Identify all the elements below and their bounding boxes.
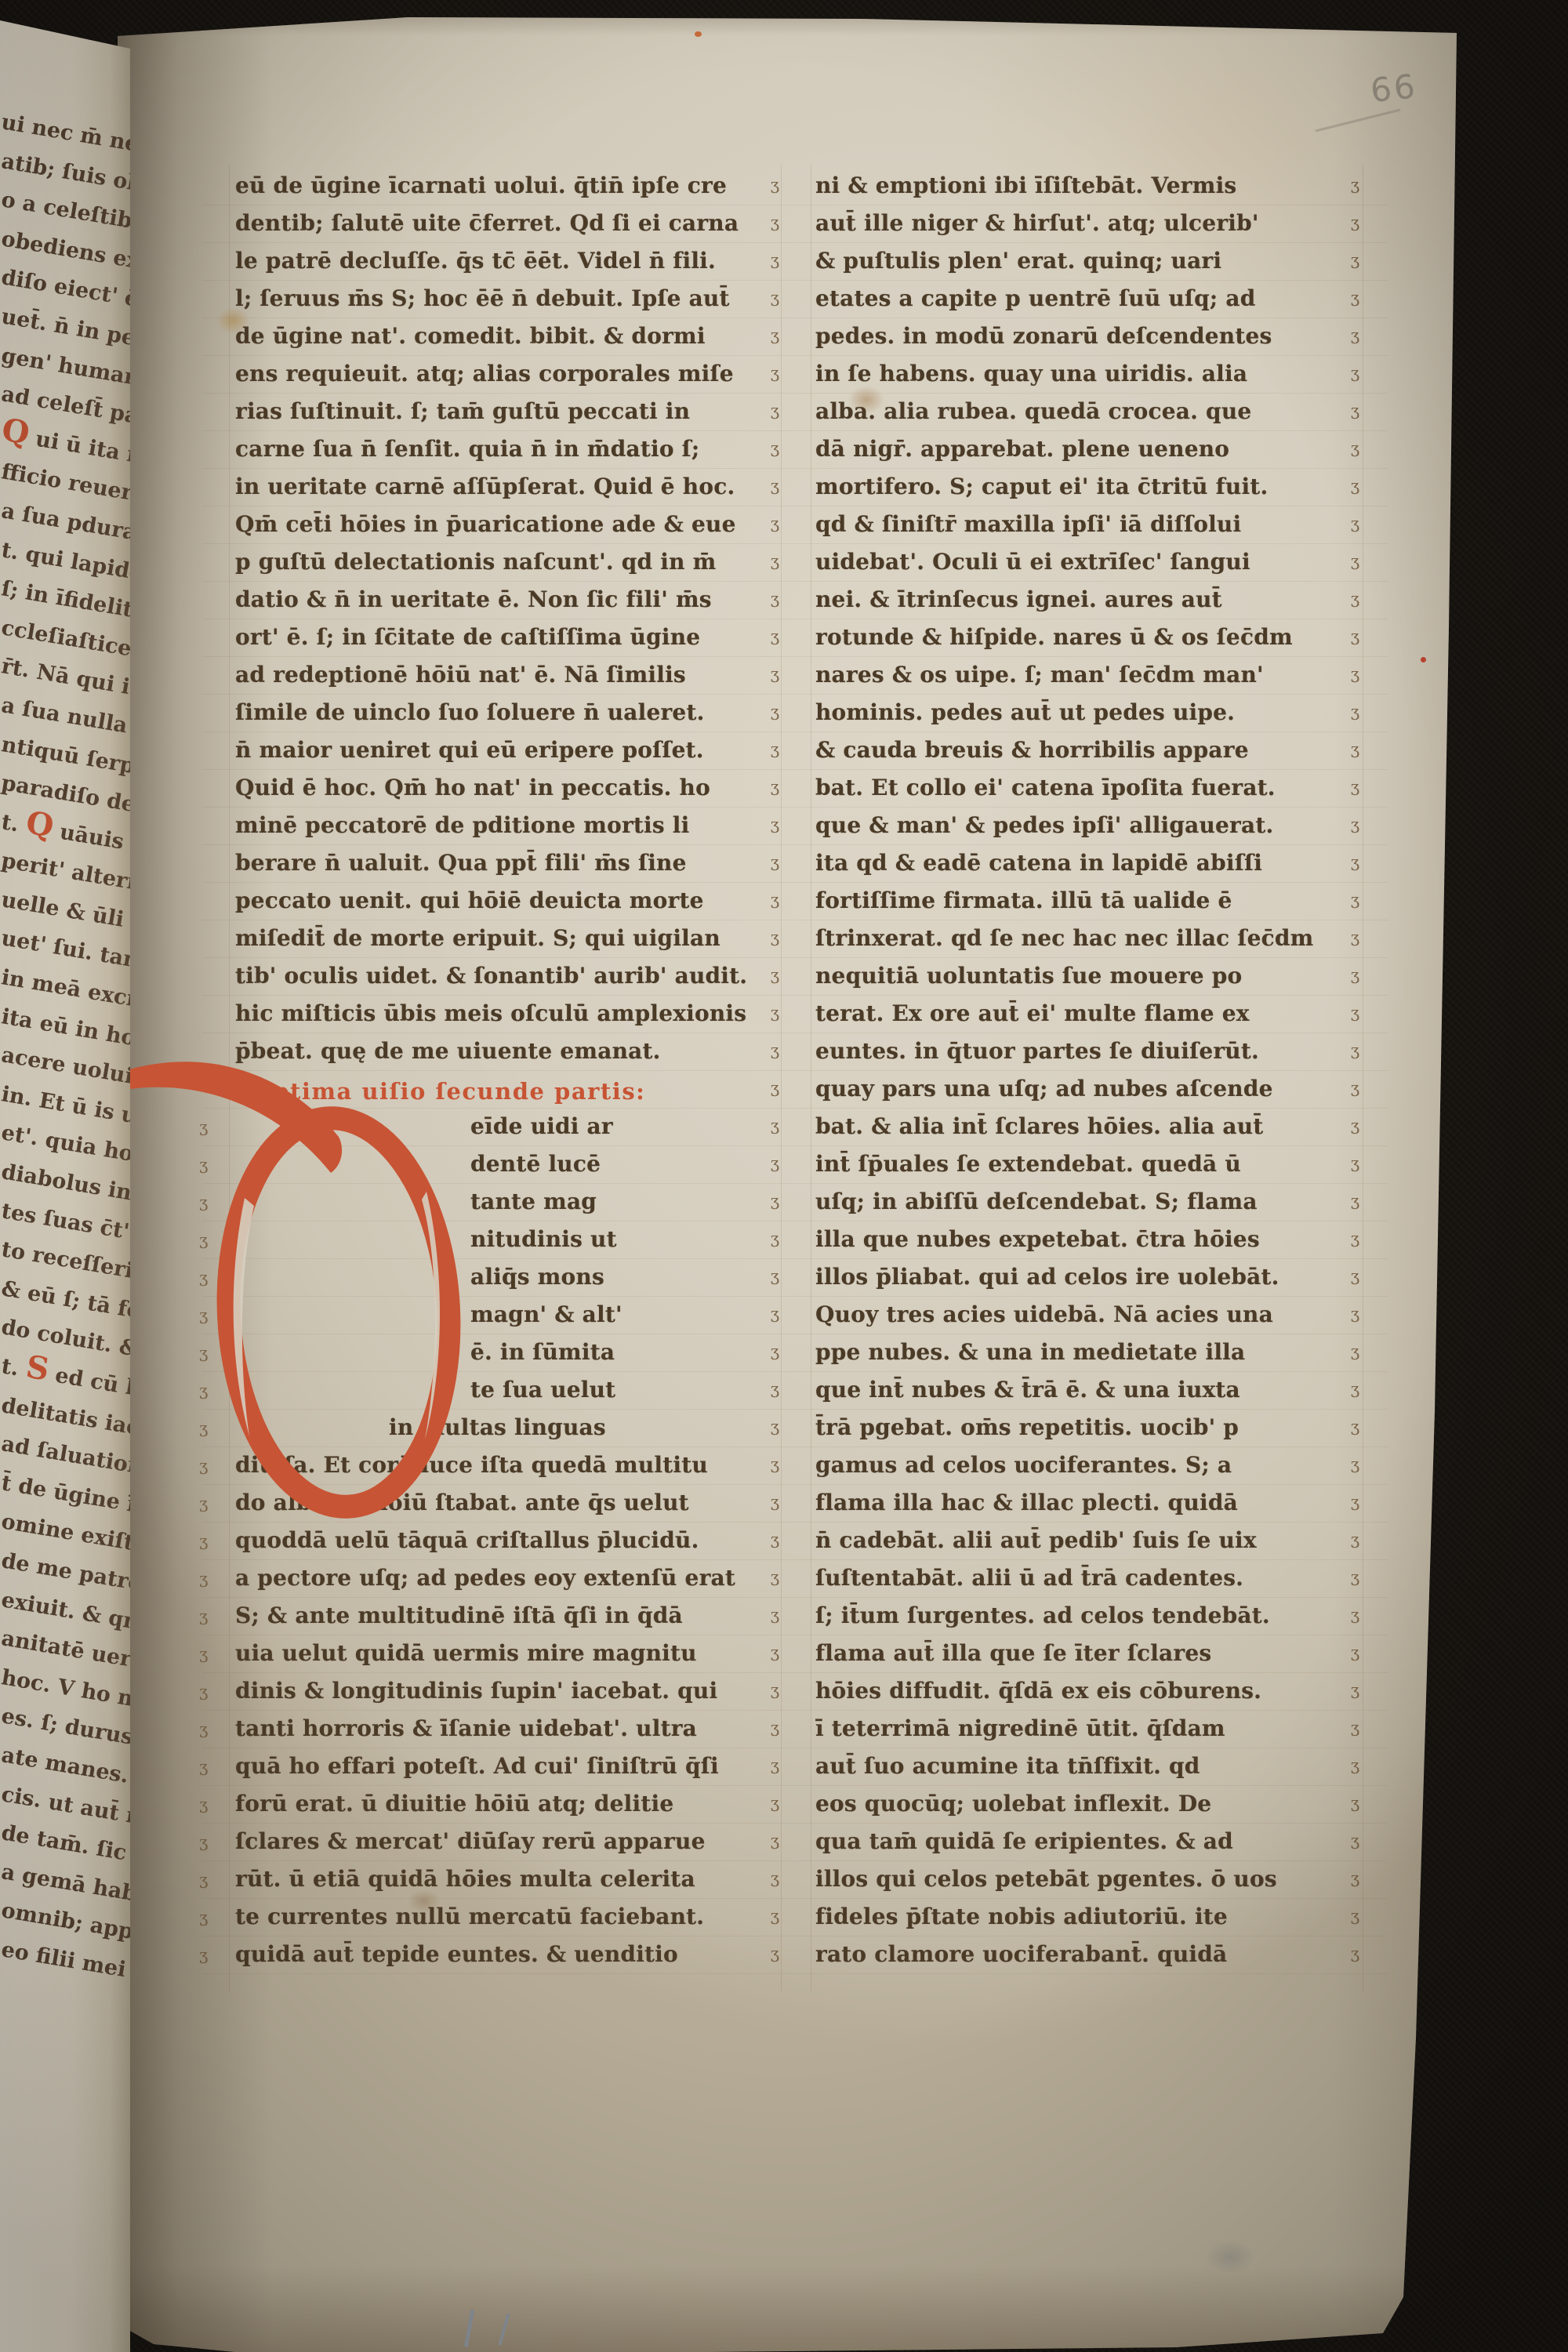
line-text: in ſe habens. quay una uiridis. alia (815, 355, 1336, 393)
line-start-mark: ʒ (199, 1559, 208, 1597)
line-text: in ueritate carnē aſſūpſerat. Quid ē hoc… (235, 468, 756, 506)
line-end-mark: ʒ (756, 1595, 779, 1633)
text-line: & puſtulis plen' erat. quinq; uari ʒ (815, 242, 1359, 280)
line-text: ppe nubes. & una in medietate illa (815, 1334, 1336, 1371)
line-end-mark: ʒ (1336, 429, 1359, 466)
text-line: ī teterrimā nigredinē ūtit. q̄ſdam ʒ (815, 1710, 1359, 1748)
line-end-mark: ʒ (756, 880, 779, 918)
line-end-mark: ʒ (756, 1294, 779, 1332)
line-start-mark: ʒ (199, 1597, 208, 1635)
text-line: ſuſtentabāt. alii ū ad t̄rā cadentes. ʒ (815, 1559, 1359, 1597)
line-text: l; ſeruus m̄s S; hoc ēē n̄ debuit. Ipſe … (235, 280, 756, 318)
line-end-mark: ʒ (1336, 316, 1359, 354)
text-line: ʒ de ūgine nat'. comedit. bibit. & dormi… (235, 318, 779, 355)
text-line: ʒ p guſtū delectationis naſcunt'. qd in … (235, 543, 779, 581)
line-start-mark: ʒ (199, 1936, 208, 1973)
paragraph-block: ʒ eū de ūgine īcarnati uolui. q̄tin̄ ipſ… (235, 167, 779, 1070)
line-end-mark: ʒ (756, 241, 779, 278)
text-line: ʒ te currentes nullū mercatū faciebant. … (235, 1898, 779, 1936)
line-text: bat. Et collo ei' catena īpoſita fuerat. (815, 769, 1336, 807)
line-end-mark: ʒ (1336, 165, 1359, 203)
ruling-vertical (781, 165, 782, 1991)
line-text: quidā aut̄ tepide euntes. & uenditio (235, 1936, 756, 1973)
line-text: t̄rā pgebat. om̄s repetitis. uocib' p (815, 1409, 1336, 1446)
text-line: que & man' & pedes ipſi' alligauerat. ʒ (815, 807, 1359, 844)
text-line: nequitiā uoluntatis ſue mouere po ʒ (815, 957, 1359, 995)
text-line: ʒ rias ſuſtinuit. ſ; tam̄ guſtū peccati … (235, 393, 779, 430)
text-line: n̄ cadebāt. alii aut̄ pedib' ſuis ſe uix… (815, 1522, 1359, 1559)
text-line: pedes. in modū zonarū deſcendentes ʒ (815, 318, 1359, 355)
line-end-mark: ʒ (1336, 1558, 1359, 1595)
ruling-vertical (811, 165, 811, 1991)
text-line: nei. & ītrinſecus ignei. aures aut̄ ʒ (815, 581, 1359, 619)
photograph-backdrop: 66 ʒ eū de ūgine īcarnati uolui. q̄tin̄ … (0, 0, 1568, 2352)
line-end-mark: ʒ (1336, 880, 1359, 918)
line-text: dā nigr̄. apparebat. plene ueneno (815, 430, 1336, 468)
text-line: illos p̄liabat. qui ad celos ire uolebāt… (815, 1258, 1359, 1296)
line-text: berare n̄ ualuit. Qua ppt̄ fili' m̄s ſin… (235, 844, 756, 882)
text-line: qua tam̄ quidā ſe eripientes. & ad ʒ (815, 1823, 1359, 1860)
line-end-mark: ʒ (1336, 617, 1359, 655)
text-line: ʒ datio & n̄ in ueritate ē. Non ſic fili… (235, 581, 779, 619)
line-end-mark: ʒ (1336, 993, 1359, 1031)
text-line: ʒ dinis & longitudinis ſupin' iacebat. q… (235, 1672, 779, 1710)
text-line: ʒ ad redeptionē hōiū nat' ē. Nā ſimilis … (235, 656, 779, 694)
line-text: ſimile de uinclo ſuo ſoluere n̄ ualeret. (235, 694, 756, 731)
line-text: & puſtulis plen' erat. quinq; uari (815, 242, 1336, 280)
line-text: que int̄ nubes & t̄rā ē. & una iuxta (815, 1371, 1336, 1409)
text-line: aut̄ ille niger & hirſut'. atq; ulcerib'… (815, 205, 1359, 242)
line-end-mark: ʒ (1336, 1896, 1359, 1934)
text-line: ſ; it̄um ſurgentes. ad celos tendebāt. ʒ (815, 1597, 1359, 1635)
line-end-mark: ʒ (1336, 1520, 1359, 1558)
folio-number: 66 (1369, 64, 1451, 110)
line-end-mark: ʒ (1336, 956, 1359, 993)
text-line: aut̄ ſuo acumine ita tn̄ſfixit. qd ʒ (815, 1748, 1359, 1785)
line-text: ita qd & eadē catena in lapidē abiſſi (815, 844, 1336, 882)
text-line: bat. Et collo ei' catena īpoſita fuerat.… (815, 769, 1359, 807)
line-end-mark: ʒ (1336, 692, 1359, 730)
line-end-mark: ʒ (1336, 1106, 1359, 1144)
line-end-mark: ʒ (1336, 1671, 1359, 1708)
text-line: ʒ forū erat. ū diuitie hōiū atq; delitie… (235, 1785, 779, 1823)
line-end-mark: ʒ (1336, 391, 1359, 429)
line-end-mark: ʒ (1336, 805, 1359, 843)
text-line: etates a capite p uentrē ſuū uſq; ad ʒ (815, 280, 1359, 318)
line-start-mark: ʒ (199, 1898, 208, 1936)
line-end-mark: ʒ (1336, 1144, 1359, 1181)
line-text: ſclares & mercat' diūſay rerū apparue (235, 1823, 756, 1860)
line-text: etates a capite p uentrē ſuū uſq; ad (815, 280, 1336, 318)
text-line: ʒ quā ho effari poteſt. Ad cui' ſiniſtrū… (235, 1748, 779, 1785)
text-line: ʒ tib' oculis uidet. & ſonantib' aurib' … (235, 957, 779, 995)
line-end-mark: ʒ (756, 1896, 779, 1934)
text-line: illa que nubes expetebat. c̄tra hōies ʒ (815, 1221, 1359, 1258)
line-end-mark: ʒ (756, 1671, 779, 1708)
line-end-mark: ʒ (1336, 579, 1359, 617)
line-text: & cauda breuis & horribilis appare (815, 731, 1336, 769)
text-line: ʒ a pectore uſq; ad pedes eoy extenſū er… (235, 1559, 779, 1597)
line-text: illos qui celos petebāt pgentes. ō uos (815, 1860, 1336, 1898)
text-line: ʒ rūt. ū etiā quidā hōies multa celerita… (235, 1860, 779, 1898)
text-line: hōies diffudit. q̄ſdā ex eis cōburens. ʒ (815, 1672, 1359, 1710)
line-text: minē peccatorē de pditione mortis li (235, 807, 756, 844)
line-text: Quoy tres acies uidebā. Nā acies una (815, 1296, 1336, 1334)
text-line: ʒ n̄ maior ueniret qui eū eripere poſſet… (235, 731, 779, 769)
text-line: rato clamore uociferabant̄. quidā ʒ (815, 1936, 1359, 1973)
line-start-mark: ʒ (199, 1672, 208, 1710)
line-end-mark: ʒ (1336, 1595, 1359, 1633)
text-line: ʒ l; ſeruus m̄s S; hoc ēē n̄ debuit. Ipſ… (235, 280, 779, 318)
line-text: dinis & longitudinis ſupin' iacebat. qui (235, 1672, 756, 1710)
text-line: illos qui celos petebāt pgentes. ō uos ʒ (815, 1860, 1359, 1898)
text-line: qd & ſiniſtr̄ maxilla ipſi' iā diſſolui … (815, 506, 1359, 543)
text-line: ʒ peccato uenit. qui hōiē deuicta morte … (235, 882, 779, 920)
line-text: carne ſua n̄ ſenſit. quia n̄ in m̄datio … (235, 430, 756, 468)
parchment-stain (1206, 2241, 1254, 2274)
line-text: ens requieuit. atq; alias corporales miſ… (235, 355, 756, 393)
line-start-mark: ʒ (199, 1860, 208, 1898)
line-text: quā ho effari poteſt. Ad cui' ſiniſtrū q… (235, 1748, 756, 1785)
line-end-mark: ʒ (756, 1257, 779, 1294)
text-line: in ſe habens. quay una uiridis. alia ʒ (815, 355, 1359, 393)
text-line: nares & os uipe. ſ; man' ſec̄dm man' ʒ (815, 656, 1359, 694)
line-text: ni & emptioni ibi īſiſtebāt. Vermis (815, 167, 1336, 205)
line-end-mark: ʒ (756, 1407, 779, 1445)
line-text: peccato uenit. qui hōiē deuicta morte (235, 882, 756, 920)
line-end-mark: ʒ (756, 1746, 779, 1784)
text-line: fideles p̄ſtate nobis adiutoriū. ite ʒ (815, 1898, 1359, 1936)
facing-page-edge: ui nec m̄ nec p̄ceptis atib; ſuis obedir… (0, 0, 130, 2352)
page-edge-shading (1333, 0, 1568, 2352)
line-text: de ūgine nat'. comedit. bibit. & dormi (235, 318, 756, 355)
line-end-mark: ʒ (756, 730, 779, 768)
line-text: aut̄ ille niger & hirſut'. atq; ulcerib' (815, 205, 1336, 242)
paragraph-block: ni & emptioni ibi īſiſtebāt. Vermis ʒ au… (815, 167, 1359, 1973)
text-line: ni & emptioni ibi īſiſtebāt. Vermis ʒ (815, 167, 1359, 205)
line-end-mark: ʒ (756, 203, 779, 241)
line-text: nares & os uipe. ſ; man' ſec̄dm man' (815, 656, 1336, 694)
line-text: ſtrinxerat. qd ſe nec hac nec illac ſec̄… (815, 920, 1336, 957)
line-end-mark: ʒ (1336, 1633, 1359, 1671)
text-line: ʒ ſclares & mercat' diūſay rerū apparue … (235, 1823, 779, 1860)
line-text: bat. & alia int̄ ſclares hōies. alia aut… (815, 1108, 1336, 1145)
line-text: miſedit̄ de morte eripuit. S; qui uigila… (235, 920, 756, 957)
line-text: quay pars una uſq; ad nubes aſcende (815, 1070, 1336, 1108)
text-line: ʒ S; & ante multitudinē iſtā q̄ſi in q̄d… (235, 1597, 779, 1635)
text-line: fortiſſime firmata. illū tā ualide ē ʒ (815, 882, 1359, 920)
line-text: aut̄ ſuo acumine ita tn̄ſfixit. qd (815, 1748, 1336, 1785)
line-end-mark: ʒ (1336, 504, 1359, 542)
text-line: ʒ quidā aut̄ tepide euntes. & uenditio ʒ (235, 1936, 779, 1973)
line-end-mark: ʒ (756, 843, 779, 880)
text-column-right: ni & emptioni ibi īſiſtebāt. Vermis ʒ au… (815, 167, 1359, 1973)
text-line: ʒ miſedit̄ de morte eripuit. S; qui uigi… (235, 920, 779, 957)
line-text: ī teterrimā nigredinē ūtit. q̄ſdam (815, 1710, 1336, 1748)
line-end-mark: ʒ (756, 918, 779, 956)
line-end-mark: ʒ (756, 1483, 779, 1520)
line-end-mark: ʒ (756, 165, 779, 203)
text-line: ʒ carne ſua n̄ ſenſit. quia n̄ in m̄dati… (235, 430, 779, 468)
line-text: illos p̄liabat. qui ad celos ire uolebāt… (815, 1258, 1336, 1296)
line-text: que & man' & pedes ipſi' alligauerat. (815, 807, 1336, 844)
line-end-mark: ʒ (756, 466, 779, 504)
line-end-mark: ʒ (1336, 1784, 1359, 1821)
line-end-mark: ʒ (1336, 203, 1359, 241)
line-text: int̄ ſp̄uales ſe extendebat. quedā ū (815, 1145, 1336, 1183)
line-end-mark: ʒ (1336, 1181, 1359, 1219)
line-text: nei. & ītrinſecus ignei. aures aut̄ (815, 581, 1336, 619)
line-end-mark: ʒ (756, 1934, 779, 1972)
line-end-mark: ʒ (1336, 1294, 1359, 1332)
text-line: ʒ ort' ē. ſ; in ſc̄itate de caſtiſſima ū… (235, 619, 779, 656)
line-start-mark: ʒ (199, 1785, 208, 1823)
line-end-mark: ʒ (756, 316, 779, 354)
line-text: ad redeptionē hōiū nat' ē. Nā ſimilis (235, 656, 756, 694)
line-text: fideles p̄ſtate nobis adiutoriū. ite (815, 1898, 1336, 1936)
text-line: hominis. pedes aut̄ ut pedes uipe. ʒ (815, 694, 1359, 731)
text-line: euntes. in q̄tuor partes ſe diuiſerūt. ʒ (815, 1033, 1359, 1070)
text-line: ʒ berare n̄ ualuit. Qua ppt̄ fili' m̄s ſ… (235, 844, 779, 882)
text-line: rotunde & hiſpide. nares ū & os ſec̄dm ʒ (815, 619, 1359, 656)
line-end-mark: ʒ (1336, 354, 1359, 391)
pigment-speck (1421, 657, 1426, 662)
line-text: a pectore uſq; ad pedes eoy extenſū erat (235, 1559, 756, 1597)
text-line: ʒ Qm̄ cet̄i hōies in p̄uaricatione ade &… (235, 506, 779, 543)
line-text: uidebat'. Oculi ū ei extrīſec' ſangui (815, 543, 1336, 581)
line-text: eū de ūgine īcarnati uolui. q̄tin̄ ipſe … (235, 167, 756, 205)
line-text: le patrē decluſſe. q̄s tc̄ ēēt. Videl n̄… (235, 242, 756, 280)
text-line: ʒ Quid ē hoc. Qm̄ ho nat' in peccatis. h… (235, 769, 779, 807)
text-line: gamus ad celos uociferantes. S; a ʒ (815, 1446, 1359, 1484)
line-text: dentib; ſalutē uite c̄ferret. Qd ſi ei c… (235, 205, 756, 242)
line-end-mark: ʒ (1336, 278, 1359, 316)
line-end-mark: ʒ (756, 655, 779, 692)
text-line: ʒ in ueritate carnē aſſūpſerat. Quid ē h… (235, 468, 779, 506)
line-end-mark: ʒ (1336, 466, 1359, 504)
text-line: & cauda breuis & horribilis appare ʒ (815, 731, 1359, 769)
text-line: flama aut̄ illa que ſe īter ſclares ʒ (815, 1635, 1359, 1672)
line-end-mark: ʒ (1336, 1332, 1359, 1370)
line-text: p guſtū delectationis naſcunt'. qd in m̄ (235, 543, 756, 581)
line-end-mark: ʒ (756, 1708, 779, 1746)
text-line: alba. alia rubea. quedā crocea. que ʒ (815, 393, 1359, 430)
text-line: dā nigr̄. apparebat. plene ueneno ʒ (815, 430, 1359, 468)
line-text: qd & ſiniſtr̄ maxilla ipſi' iā diſſolui (815, 506, 1336, 543)
line-text: hominis. pedes aut̄ ut pedes uipe. (815, 694, 1336, 731)
line-text: euntes. in q̄tuor partes ſe diuiſerūt. (815, 1033, 1336, 1070)
line-end-mark: ʒ (756, 956, 779, 993)
text-line: uidebat'. Oculi ū ei extrīſec' ſangui ʒ (815, 543, 1359, 581)
text-line: eos quocūq; uolebat inflexit. De ʒ (815, 1785, 1359, 1823)
line-end-mark: ʒ (1336, 730, 1359, 768)
line-text: rato clamore uociferabant̄. quidā (815, 1936, 1336, 1973)
line-end-mark: ʒ (1336, 918, 1359, 956)
line-end-mark: ʒ (1336, 1407, 1359, 1445)
fragment-red-initial: Q (24, 804, 56, 844)
line-end-mark: ʒ (756, 1106, 779, 1144)
line-end-mark: ʒ (1336, 1031, 1359, 1069)
line-end-mark: ʒ (1336, 1483, 1359, 1520)
text-line: uſq; in abiſſū deſcendebat. S; flama ʒ (815, 1183, 1359, 1221)
line-end-mark: ʒ (1336, 241, 1359, 278)
line-end-mark: ʒ (756, 1633, 779, 1671)
line-text: tanti horroris & īſanie uidebat'. ultra (235, 1710, 756, 1748)
line-end-mark: ʒ (756, 278, 779, 316)
text-line: ita qd & eadē catena in lapidē abiſſi ʒ (815, 844, 1359, 882)
line-text: alba. alia rubea. quedā crocea. que (815, 393, 1336, 430)
line-end-mark: ʒ (1336, 542, 1359, 579)
line-end-mark: ʒ (1336, 1219, 1359, 1257)
text-line: ʒ ſimile de uinclo ſuo ſoluere n̄ ualere… (235, 694, 779, 731)
line-end-mark: ʒ (756, 1332, 779, 1370)
line-end-mark: ʒ (756, 1219, 779, 1257)
line-end-mark: ʒ (1336, 1859, 1359, 1896)
text-line: ʒ dentib; ſalutē uite c̄ferret. Qd ſi ei… (235, 205, 779, 242)
line-text: uia uelut quidā uermis mire magnitu (235, 1635, 756, 1672)
text-line: mortifero. S; caput ei' ita c̄tritū fuit… (815, 468, 1359, 506)
line-text: te currentes nullū mercatū faciebant. (235, 1898, 756, 1936)
line-text: nequitiā uoluntatis ſue mouere po (815, 957, 1336, 995)
line-end-mark: ʒ (756, 542, 779, 579)
line-end-mark: ʒ (756, 692, 779, 730)
initial-bow (219, 1112, 459, 1512)
text-line: quay pars una uſq; ad nubes aſcende ʒ (815, 1070, 1359, 1108)
line-end-mark: ʒ (756, 1370, 779, 1407)
line-text: gamus ad celos uociferantes. S; a (815, 1446, 1336, 1484)
line-text: eos quocūq; uolebat inflexit. De (815, 1785, 1336, 1823)
line-text: uſq; in abiſſū deſcendebat. S; flama (815, 1183, 1336, 1221)
line-start-mark: ʒ (199, 1823, 208, 1860)
line-end-mark: ʒ (756, 429, 779, 466)
line-end-mark: ʒ (756, 1031, 779, 1069)
line-text: rūt. ū etiā quidā hōies multa celerita (235, 1860, 756, 1898)
text-line: que int̄ nubes & t̄rā ē. & una iuxta ʒ (815, 1371, 1359, 1409)
line-text: mortifero. S; caput ei' ita c̄tritū fuit… (815, 468, 1336, 506)
line-start-mark: ʒ (199, 1710, 208, 1748)
text-line: Quoy tres acies uidebā. Nā acies una ʒ (815, 1296, 1359, 1334)
line-end-mark: ʒ (756, 1558, 779, 1595)
line-start-mark: ʒ (199, 1635, 208, 1672)
text-line: ʒ tanti horroris & īſanie uidebat'. ultr… (235, 1710, 779, 1748)
text-line: ʒ eū de ūgine īcarnati uolui. q̄tin̄ ipſ… (235, 167, 779, 205)
line-end-mark: ʒ (756, 579, 779, 617)
line-text: ſuſtentabāt. alii ū ad t̄rā cadentes. (815, 1559, 1336, 1597)
text-line: ppe nubes. & una in medietate illa ʒ (815, 1334, 1359, 1371)
text-line: int̄ ſp̄uales ſe extendebat. quedā ū ʒ (815, 1145, 1359, 1183)
line-end-mark: ʒ (756, 617, 779, 655)
line-end-mark: ʒ (756, 1181, 779, 1219)
pigment-speck (1477, 1099, 1490, 1111)
line-text: terat. Ex ore aut̄ ei' multe flame ex (815, 995, 1336, 1033)
pigment-speck (695, 31, 702, 37)
line-end-mark: ʒ (756, 805, 779, 843)
facing-page-text: ui nec m̄ nec p̄ceptis atib; ſuis obedir… (2, 99, 130, 1965)
line-text: ſ; it̄um ſurgentes. ad celos tendebāt. (815, 1597, 1336, 1635)
line-text: Quid ē hoc. Qm̄ ho nat' in peccatis. ho (235, 769, 756, 807)
text-line: flama illa hac & illac plecti. quidā ʒ (815, 1484, 1359, 1522)
line-text: S; & ante multitudinē iſtā q̄ſi in q̄dā (235, 1597, 756, 1635)
line-text: n̄ cadebāt. alii aut̄ pedib' ſuis ſe uix (815, 1522, 1336, 1559)
fragment-text: eo filii mei habentes (0, 1937, 130, 2001)
line-text: hōies diffudit. q̄ſdā ex eis cōburens. (815, 1672, 1336, 1710)
line-end-mark: ʒ (756, 354, 779, 391)
line-text: flama illa hac & illac plecti. quidā (815, 1484, 1336, 1522)
fragment-red-initial: S (24, 1348, 52, 1388)
line-end-mark: ʒ (756, 1144, 779, 1181)
line-end-mark: ʒ (1336, 1370, 1359, 1407)
manuscript-page: 66 ʒ eū de ūgine īcarnati uolui. q̄tin̄ … (0, 0, 1568, 2352)
text-line: ʒ minē peccatorē de pditione mortis li ʒ (235, 807, 779, 844)
text-line: terat. Ex ore aut̄ ei' multe flame ex ʒ (815, 995, 1359, 1033)
line-end-mark: ʒ (756, 1445, 779, 1483)
line-text: qua tam̄ quidā ſe eripientes. & ad (815, 1823, 1336, 1860)
line-text: pedes. in modū zonarū deſcendentes (815, 318, 1336, 355)
line-end-mark: ʒ (756, 1069, 779, 1106)
text-line: ſtrinxerat. qd ſe nec hac nec illac ſec̄… (815, 920, 1359, 957)
line-text: Qm̄ cet̄i hōies in p̄uaricatione ade & e… (235, 506, 756, 543)
line-end-mark: ʒ (1336, 1069, 1359, 1106)
line-end-mark: ʒ (1336, 1445, 1359, 1483)
line-text: datio & n̄ in ueritate ē. Non ſic fili' … (235, 581, 756, 619)
line-end-mark: ʒ (756, 504, 779, 542)
text-line: ʒ ens requieuit. atq; alias corporales m… (235, 355, 779, 393)
line-end-mark: ʒ (1336, 1821, 1359, 1859)
line-end-mark: ʒ (1336, 1257, 1359, 1294)
text-line: ʒ uia uelut quidā uermis mire magnitu ʒ (235, 1635, 779, 1672)
line-end-mark: ʒ (1336, 1746, 1359, 1784)
line-end-mark: ʒ (1336, 1934, 1359, 1972)
line-end-mark: ʒ (756, 1821, 779, 1859)
line-end-mark: ʒ (1336, 655, 1359, 692)
fragment-red-initial: Q (0, 411, 32, 452)
line-end-mark: ʒ (756, 993, 779, 1031)
line-text: rotunde & hiſpide. nares ū & os ſec̄dm (815, 619, 1336, 656)
line-text: tib' oculis uidet. & ſonantib' aurib' au… (235, 957, 756, 995)
line-end-mark: ʒ (1336, 843, 1359, 880)
text-line: ʒ le patrē decluſſe. q̄s tc̄ ēēt. Videl … (235, 242, 779, 280)
text-line: bat. & alia int̄ ſclares hōies. alia aut… (815, 1108, 1359, 1145)
text-line: t̄rā pgebat. om̄s repetitis. uocib' p ʒ (815, 1409, 1359, 1446)
line-end-mark: ʒ (756, 391, 779, 429)
line-text: ort' ē. ſ; in ſc̄itate de caſtiſſima ūgi… (235, 619, 756, 656)
line-text: fortiſſime firmata. illū tā ualide ē (815, 882, 1336, 920)
line-end-mark: ʒ (756, 1520, 779, 1558)
line-end-mark: ʒ (756, 1784, 779, 1821)
line-end-mark: ʒ (1336, 768, 1359, 805)
line-end-mark: ʒ (1336, 1708, 1359, 1746)
line-end-mark: ʒ (756, 768, 779, 805)
line-text: rias ſuſtinuit. ſ; tam̄ guſtū peccati in (235, 393, 756, 430)
line-text: n̄ maior ueniret qui eū eripere poſſet. (235, 731, 756, 769)
line-end-mark: ʒ (756, 1859, 779, 1896)
line-text: illa que nubes expetebat. c̄tra hōies (815, 1221, 1336, 1258)
line-text: flama aut̄ illa que ſe īter ſclares (815, 1635, 1336, 1672)
line-start-mark: ʒ (199, 1748, 208, 1785)
line-text: forū erat. ū diuitie hōiū atq; delitie (235, 1785, 756, 1823)
